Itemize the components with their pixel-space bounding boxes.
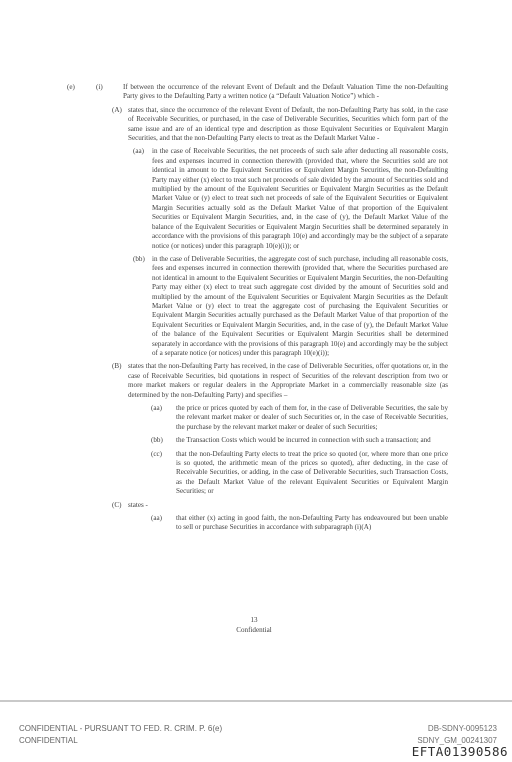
clause-label-B: (B) xyxy=(112,362,128,400)
clause-text: in the case of Deliverable Securities, t… xyxy=(152,255,448,358)
clause-label-aa: (aa) xyxy=(133,147,152,250)
clause-A: (A) states that, since the occurrence of… xyxy=(0,106,512,144)
clause-text: the Transaction Costs which would be inc… xyxy=(176,436,448,445)
confidential-rule-line: CONFIDENTIAL - PURSUANT TO FED. R. CRIM.… xyxy=(19,723,222,735)
document-page: (e) (i) If between the occurrence of the… xyxy=(0,0,512,762)
document-body: (e) (i) If between the occurrence of the… xyxy=(0,83,512,537)
clause-B-aa: (aa) the price or prices quoted by each … xyxy=(0,404,512,432)
clause-text: states that, since the occurrence of the… xyxy=(128,106,448,144)
clause-text: the price or prices quoted by each of th… xyxy=(176,404,448,432)
scanned-page-region: (e) (i) If between the occurrence of the… xyxy=(0,0,512,762)
clause-B-bb: (bb) the Transaction Costs which would b… xyxy=(0,436,512,445)
clause-label-aa: (aa) xyxy=(151,404,176,432)
clause-text: states - xyxy=(128,501,448,510)
bates-stamp: EFTA01390586 xyxy=(412,744,508,759)
clause-label-cc: (cc) xyxy=(151,450,176,497)
clause-A-bb: (bb) in the case of Deliverable Securiti… xyxy=(0,255,512,358)
clause-label-e: (e) xyxy=(67,83,96,102)
clause-e-i: (e) (i) If between the occurrence of the… xyxy=(0,83,512,102)
clause-B-cc: (cc) that the non-Defaulting Party elect… xyxy=(0,450,512,497)
clause-C: (C) states - xyxy=(0,501,512,510)
page-edge-divider xyxy=(0,700,512,702)
clause-text: in the case of Receivable Securities, th… xyxy=(152,147,448,250)
production-footer-left: CONFIDENTIAL - PURSUANT TO FED. R. CRIM.… xyxy=(19,723,222,748)
clause-label-i: (i) xyxy=(96,83,123,102)
confidential-marking: Confidential xyxy=(60,626,448,636)
page-number: 13 xyxy=(60,616,448,626)
clause-text: states that the non-Defaulting Party has… xyxy=(128,362,448,400)
clause-text: that the non-Defaulting Party elects to … xyxy=(176,450,448,497)
clause-C-aa: (aa) that either (x) acting in good fait… xyxy=(0,514,512,533)
clause-B: (B) states that the non-Defaulting Party… xyxy=(0,362,512,400)
clause-text: If between the occurrence of the relevan… xyxy=(123,83,448,102)
clause-label-C: (C) xyxy=(112,501,128,510)
bates-number-1: DB-SDNY-0095123 xyxy=(417,723,497,735)
production-footer-right: DB-SDNY-0095123 SDNY_GM_00241307 xyxy=(417,723,497,746)
clause-label-A: (A) xyxy=(112,106,128,144)
clause-text: that either (x) acting in good faith, th… xyxy=(176,514,448,533)
clause-A-aa: (aa) in the case of Receivable Securitie… xyxy=(0,147,512,250)
clause-label-aa: (aa) xyxy=(151,514,176,533)
page-footer-block: 13 Confidential xyxy=(60,616,448,635)
clause-label-bb: (bb) xyxy=(133,255,152,358)
confidential-line: CONFIDENTIAL xyxy=(19,735,222,747)
clause-label-bb: (bb) xyxy=(151,436,176,445)
